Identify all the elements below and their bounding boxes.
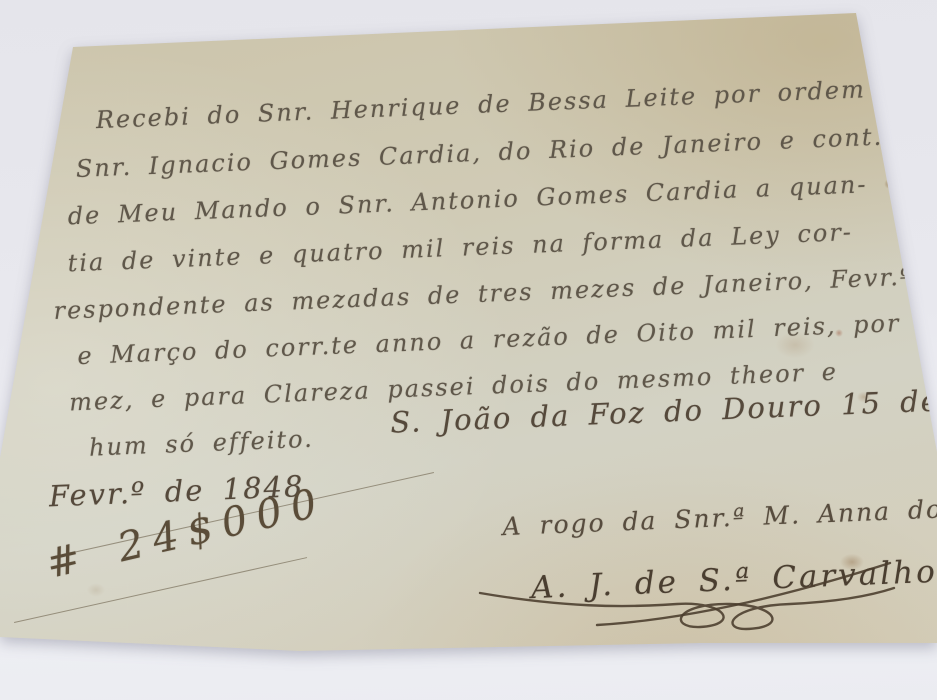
handwriting-line-4: tia de vinte e quatro mil reis na forma …: [67, 218, 853, 278]
handwriting-line-8: hum só effeito.: [89, 425, 315, 462]
photo-background: Recebi do Snr. Henrique de Bessa Leite p…: [0, 0, 937, 700]
handwriting-line-1: Recebi do Snr. Henrique de Bessa Leite p…: [95, 73, 916, 134]
signature-flourish: [472, 573, 902, 628]
paper-shadow: Recebi do Snr. Henrique de Bessa Leite p…: [0, 0, 937, 700]
witness-line: A rogo da Snr.ª M. Anna dos S.tos: [502, 490, 937, 541]
document-paper: Recebi do Snr. Henrique de Bessa Leite p…: [0, 0, 937, 700]
